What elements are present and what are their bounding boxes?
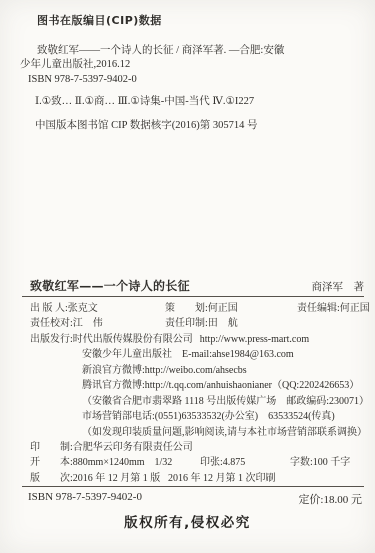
quality-note: （如发现印装质量问题,影响阅读,请与本社市场营销部联系调换）	[82, 425, 367, 440]
row-phone: 市场营销部电话:(0551)63533532(办公室) 63533524(传真)	[30, 409, 364, 424]
format-label: 开 本:	[30, 457, 73, 468]
cip-heading: 图书在版编目(CIP)数据	[37, 14, 363, 29]
proofreader-name: 江 伟	[73, 318, 103, 329]
proofreader-cell: 责任校对:江 伟	[30, 316, 165, 331]
publisher-address: （安徽省合肥市翡翠路 1118 号出版传媒广场 邮政编码:230071）	[82, 394, 369, 409]
book-author: 商泽军 著	[312, 279, 365, 294]
distributor-name: 时代出版传媒股份有限公司	[73, 332, 193, 347]
distributor-url: http://www.press-mart.com	[200, 332, 309, 347]
sheets-cell: 印张:4.875	[200, 455, 290, 470]
publisher-cell: 出 版 人:张克文	[30, 301, 165, 316]
proofreader-label: 责任校对:	[30, 318, 73, 329]
row-address: （安徽省合肥市翡翠路 1118 号出版传媒广场 邮政编码:230071）	[30, 394, 364, 409]
sina-weibo: 新浪官方微博:http://weibo.com/ahsecbs	[82, 363, 247, 378]
publication-rows: 出 版 人:张克文 策 划:何正国 责任编辑:何正国 责任校对:江 伟 责任印制…	[30, 301, 364, 486]
divider-top	[22, 296, 364, 297]
print-supervisor-name: 田 航	[208, 318, 238, 329]
publisher-name: 张克文	[68, 303, 98, 314]
editor-name: 何正国	[340, 303, 370, 314]
editor-cell: 责任编辑:何正国	[297, 301, 370, 316]
cip-entry: 致敬红军——一个诗人的长征 / 商泽军著. —合肥:安徽 少年儿童出版社,201…	[20, 44, 363, 88]
planner-name: 何正国	[208, 303, 238, 314]
row-tencent-weibo: 腾讯官方微博:http://t.qq.com/anhuishaonianer（Q…	[30, 378, 364, 393]
format-cell: 开 本:880mm×1240mm 1/32	[30, 455, 200, 470]
planner-label: 策 划:	[165, 303, 208, 314]
press-email: 安徽少年儿童出版社 E-mail:ahse1984@163.com	[82, 347, 294, 362]
edition-value: 2016 年 12 月第 1 版	[73, 473, 161, 484]
cip-classification: Ⅰ.①致… Ⅱ.①商… Ⅲ.①诗集-中国-当代 Ⅳ.①I227	[35, 95, 363, 110]
row-staff-1: 出 版 人:张克文 策 划:何正国 责任编辑:何正国	[30, 301, 364, 316]
isbn-footer: ISBN 978-7-5397-9402-0	[28, 491, 142, 507]
row-staff-2: 责任校对:江 伟 责任印制:田 航	[30, 316, 364, 331]
row-edition: 版 次:2016 年 12 月第 1 版 2016 年 12 月第 1 次印刷	[30, 471, 364, 486]
print-supervisor-cell: 责任印制:田 航	[165, 316, 297, 331]
publisher-label: 出 版 人:	[30, 303, 68, 314]
book-title: 致敬红军——一个诗人的长征	[30, 277, 190, 294]
row-sina-weibo: 新浪官方微博:http://weibo.com/ahsecbs	[30, 363, 364, 378]
word-count-cell: 字数:100 千字	[290, 455, 364, 470]
cip-entry-line2: 少年儿童出版社,2016.12	[20, 58, 363, 73]
planner-cell: 策 划:何正国	[165, 301, 297, 316]
editor-label: 责任编辑:	[297, 303, 340, 314]
divider-bottom	[22, 486, 364, 487]
impression-cell: 2016 年 12 月第 1 次印刷	[168, 471, 364, 486]
isbn-price-row: ISBN 978-7-5397-9402-0 定价:18.00 元	[28, 491, 362, 507]
edition-cell: 版 次:2016 年 12 月第 1 版	[30, 471, 168, 486]
printer-label: 印 制:	[30, 440, 73, 455]
distributor-label: 出版发行:	[30, 332, 73, 347]
cip-section: 图书在版编目(CIP)数据 致敬红军——一个诗人的长征 / 商泽军著. —合肥:…	[20, 14, 363, 133]
marketing-phone: 市场营销部电话:(0551)63533532(办公室) 63533524(传真)	[82, 409, 335, 424]
row-quality-note: （如发现印装质量问题,影响阅读,请与本社市场营销部联系调换）	[30, 425, 364, 440]
row-printer: 印 制:合肥华云印务有限责任公司	[30, 440, 364, 455]
row-format: 开 本:880mm×1240mm 1/32 印张:4.875 字数:100 千字	[30, 455, 364, 470]
row-press-email: 安徽少年儿童出版社 E-mail:ahse1984@163.com	[30, 347, 364, 362]
edition-label: 版 次:	[30, 473, 73, 484]
printer-name: 合肥华云印务有限责任公司	[73, 440, 193, 455]
cip-isbn: ISBN 978-7-5397-9402-0	[28, 73, 363, 88]
tencent-weibo: 腾讯官方微博:http://t.qq.com/anhuishaonianer（Q…	[82, 378, 359, 393]
print-supervisor-label: 责任印制:	[165, 318, 208, 329]
copyright-page: 图书在版编目(CIP)数据 致敬红军——一个诗人的长征 / 商泽军著. —合肥:…	[0, 0, 375, 553]
copyright-notice: 版权所有,侵权必究	[0, 511, 375, 531]
price: 定价:18.00 元	[298, 491, 362, 507]
cip-entry-line1: 致敬红军——一个诗人的长征 / 商泽军著. —合肥:安徽	[37, 44, 363, 59]
cip-record-number: 中国版本图书馆 CIP 数据核字(2016)第 305714 号	[35, 119, 363, 134]
title-row: 致敬红军——一个诗人的长征 商泽军 著	[22, 277, 364, 294]
row-distributor: 出版发行:时代出版传媒股份有限公司http://www.press-mart.c…	[30, 332, 364, 347]
format-value: 880mm×1240mm 1/32	[73, 457, 173, 468]
